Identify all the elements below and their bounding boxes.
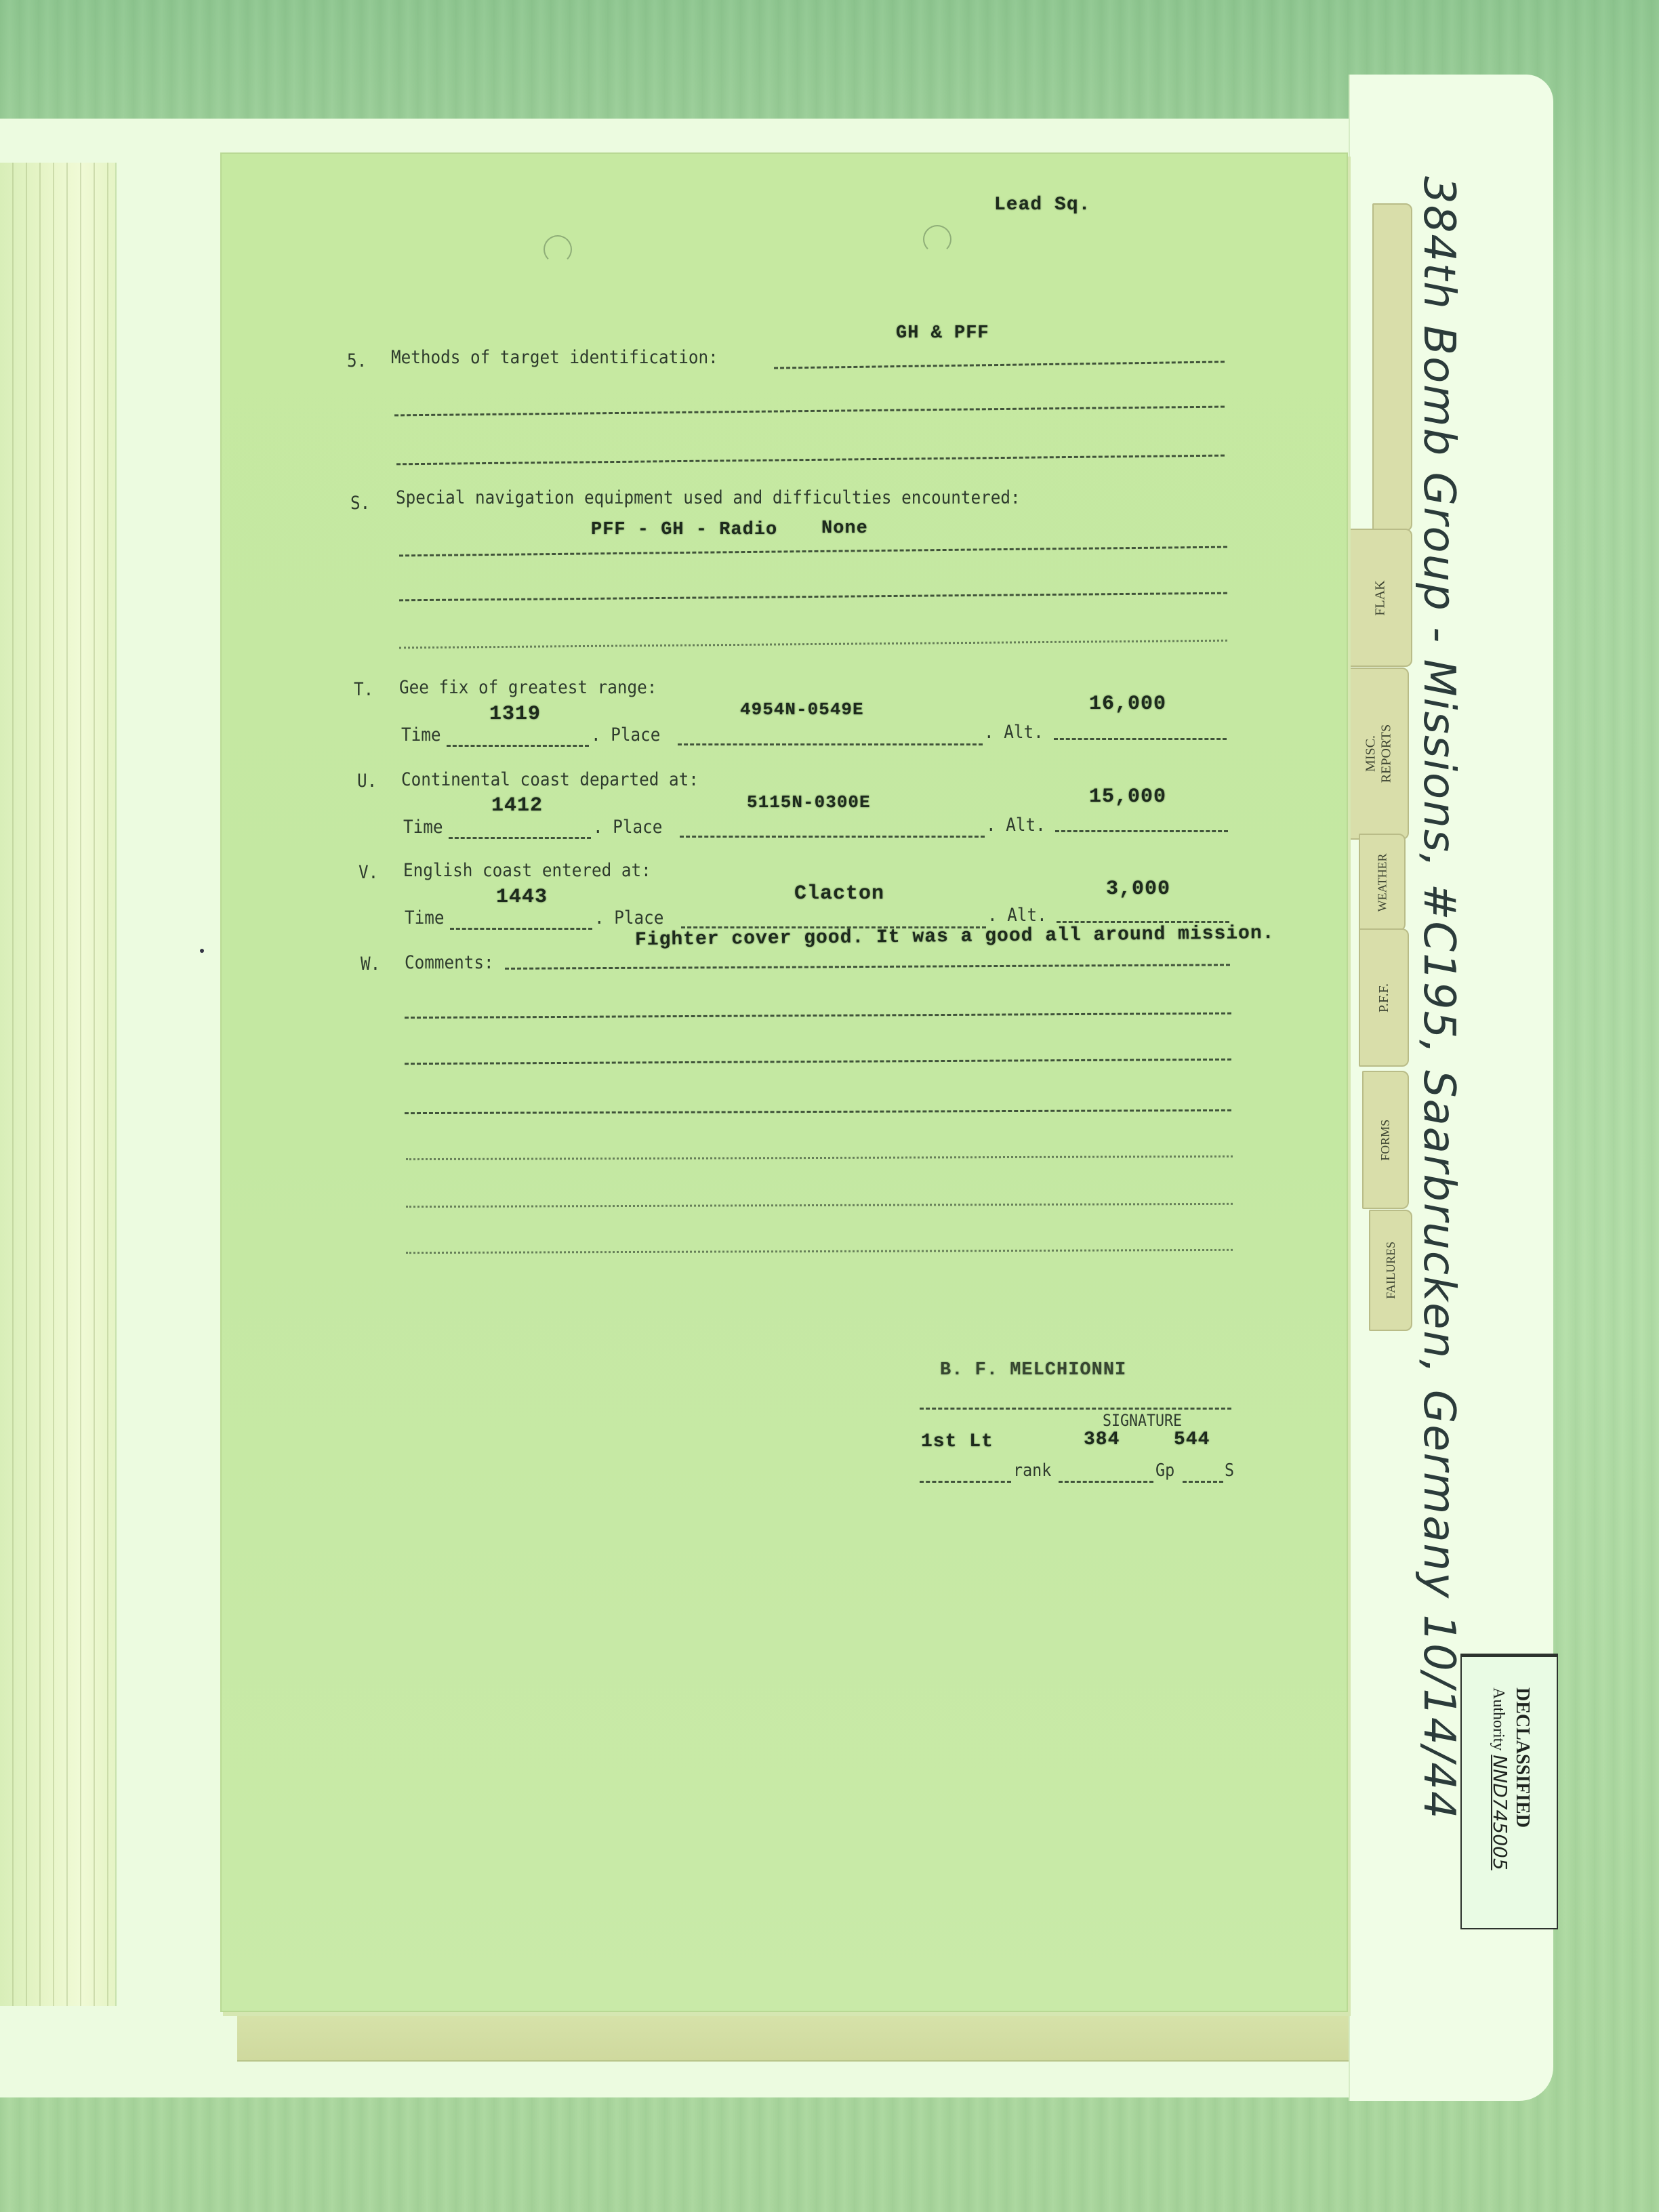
item-number: W.: [361, 954, 380, 975]
time-label: Time: [401, 724, 441, 745]
coast-departed-time: 1412: [491, 794, 543, 817]
form-rule: [1055, 830, 1228, 832]
item-number: U.: [357, 771, 377, 792]
item-number: V.: [359, 862, 378, 883]
authority-number: NND745005: [1489, 1755, 1511, 1870]
signature-label: SIGNATURE: [1103, 1411, 1182, 1430]
form-rule: [396, 455, 1225, 466]
left-page-stack: [0, 163, 117, 2006]
alt-label: . Alt.: [986, 815, 1046, 836]
gee-fix-altitude: 16,000: [1089, 693, 1166, 716]
navigation-equipment-value: PFF - GH - Radio: [591, 520, 777, 540]
place-label: . Place: [591, 724, 660, 745]
item-label: Comments:: [405, 952, 494, 973]
form-rule: [450, 928, 592, 930]
item-number: S.: [350, 493, 370, 514]
divider-tab-flak[interactable]: FLAK: [1349, 529, 1412, 667]
form-rule: [394, 406, 1225, 417]
item-label: Methods of target identification:: [391, 347, 718, 368]
navigation-difficulties-value: None: [821, 518, 868, 539]
punch-hole: [544, 235, 572, 264]
group-label: Gp: [1155, 1460, 1174, 1481]
coast-entered-place: Clacton: [794, 882, 884, 905]
squadron-label: S: [1225, 1460, 1234, 1481]
form-rule: [447, 745, 589, 747]
form-rule: [449, 837, 591, 839]
form-rule: [678, 743, 983, 745]
alt-label: . Alt.: [984, 722, 1044, 743]
form-rule: [680, 836, 985, 838]
declassified-title: DECLASSIFIED: [1511, 1687, 1533, 1870]
folder-handwritten-label: 384th Bomb Group - Missions, #C195, Saar…: [1414, 176, 1464, 1820]
gee-fix-time: 1319: [489, 703, 541, 726]
signature-rule: [920, 1408, 1231, 1410]
coast-entered-altitude: 3,000: [1106, 878, 1170, 901]
group-value: 384: [1084, 1429, 1120, 1450]
form-rule: [774, 361, 1225, 369]
form-rule: [1057, 921, 1229, 923]
stray-mark: [200, 949, 204, 953]
form-rule: [405, 1012, 1231, 1019]
form-rule: [405, 1109, 1231, 1114]
alt-label: . Alt.: [987, 905, 1047, 926]
form-rule: [399, 546, 1227, 557]
place-label: . Place: [594, 907, 663, 928]
form-rule: [1054, 738, 1227, 740]
place-label: . Place: [593, 817, 662, 838]
item-number: T.: [354, 679, 373, 700]
punch-hole: [923, 225, 951, 253]
divider-tab-pff[interactable]: P.F.F.: [1359, 928, 1409, 1067]
item-label: English coast entered at:: [403, 860, 651, 881]
time-label: Time: [403, 817, 443, 838]
form-rule: [399, 640, 1227, 649]
item-label: Special navigation equipment used and di…: [396, 487, 1021, 508]
item-number: 5.: [347, 350, 367, 371]
divider-tab-failures[interactable]: FAILURES: [1369, 1210, 1412, 1331]
item-label: Gee fix of greatest range:: [399, 677, 657, 698]
coast-departed-altitude: 15,000: [1089, 785, 1166, 808]
form-rule: [406, 1249, 1233, 1254]
gee-fix-place: 4954N-0549E: [740, 699, 864, 720]
divider-tab-misc-reports[interactable]: MISC. REPORTS: [1349, 668, 1409, 840]
declassified-stamp: DECLASSIFIED AuthorityNND745005: [1460, 1654, 1558, 1929]
rank-value: 1st Lt: [921, 1431, 994, 1452]
form-rule: [406, 1155, 1233, 1160]
divider-tab-blank[interactable]: [1372, 203, 1412, 531]
form-rule: [406, 1203, 1233, 1208]
form-rule: [505, 964, 1230, 970]
divider-tab-weather[interactable]: WEATHER: [1359, 834, 1406, 931]
item-label: Continental coast departed at:: [401, 769, 699, 790]
coast-departed-place: 5115N-0300E: [747, 792, 871, 813]
form-rule: [920, 1481, 1011, 1483]
divider-tab-forms[interactable]: FORMS: [1362, 1071, 1409, 1209]
declassified-authority: AuthorityNND745005: [1489, 1687, 1511, 1870]
time-label: Time: [405, 907, 445, 928]
squadron-value: 544: [1174, 1429, 1210, 1450]
coast-entered-time: 1443: [496, 886, 548, 909]
form-rule: [405, 1059, 1231, 1065]
squadron-header: Lead Sq.: [994, 194, 1090, 216]
mission-report-page: Lead Sq. 5. Methods of target identifica…: [220, 152, 1348, 2012]
target-identification-value: GH & PFF: [896, 323, 989, 344]
rank-label: rank: [1013, 1460, 1051, 1481]
form-rule: [399, 592, 1227, 602]
form-rule: [1059, 1481, 1153, 1483]
signatory-name: B. F. MELCHIONNI: [940, 1360, 1126, 1380]
form-rule: [1183, 1481, 1223, 1483]
